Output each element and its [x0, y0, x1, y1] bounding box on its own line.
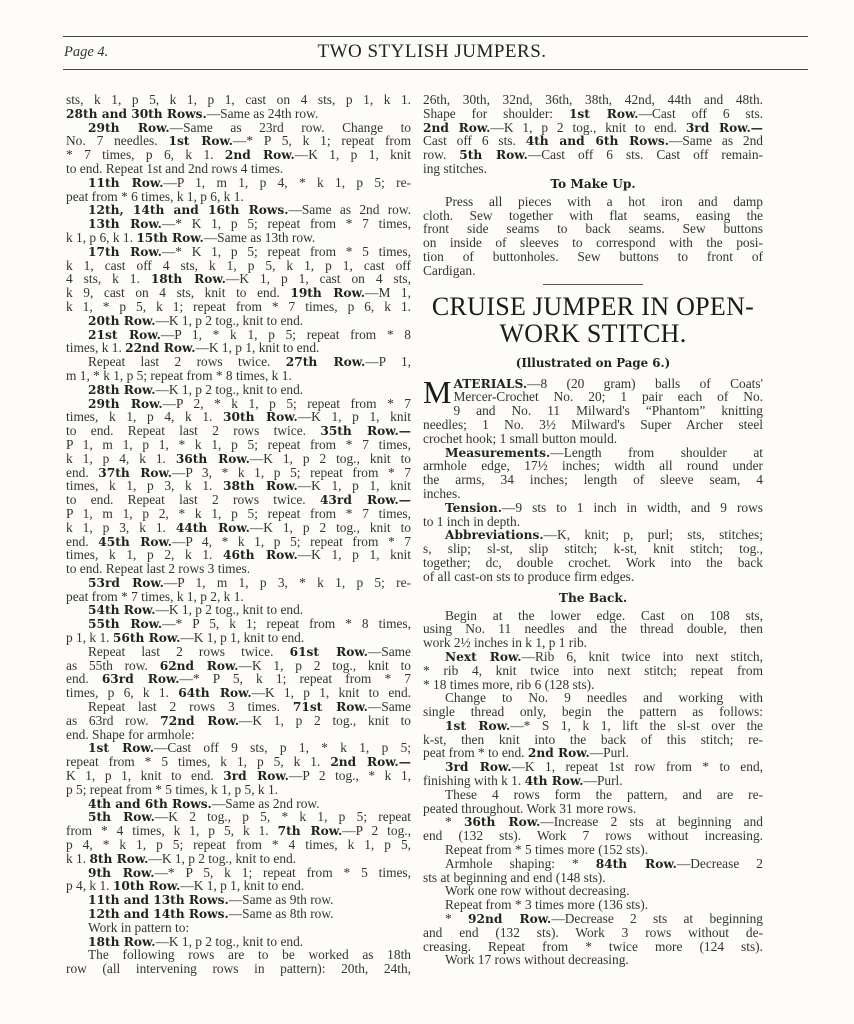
text-line: 21st Row.—P 1, * k 1, p 5; repeat from *…: [66, 328, 411, 342]
row-text: —Cast off 6 sts.: [639, 106, 764, 121]
row-text: Begin at the lower edge. Cast on 108 sts…: [445, 608, 763, 623]
text-line: Repeat from * 5 times more (152 sts).: [423, 843, 763, 857]
text-line: Measurements.—Length from shoulder at: [423, 446, 763, 460]
article-title-line-1: CRUISE JUMPER IN OPEN-: [423, 293, 763, 320]
text-line: 11th Row.—P 1, m 1, p 4, * k 1, p 5; re-: [66, 176, 411, 190]
row-text: —* P 5, k 1; repeat from: [233, 133, 411, 148]
make-up-paragraph: Press all pieces with a hot iron and dam…: [423, 195, 763, 278]
header-rule-bottom: [63, 69, 808, 70]
row-label: 84th Row.: [596, 857, 677, 871]
row-text: 9 and No. 11 Milward's “Phantom” knittin…: [453, 403, 763, 418]
row-text: needles; 1 No. 3½ Milward's Super Archer…: [423, 417, 763, 432]
text-line: p 1, k 1. 56th Row.—K 1, p 1, knit to en…: [66, 631, 411, 645]
row-text: peated throughout. Work 31 more rows.: [423, 801, 636, 816]
row-text: sts, k 1, p 5, k 1, p 1, cast on 4 sts, …: [66, 92, 411, 107]
text-line: Begin at the lower edge. Cast on 108 sts…: [423, 609, 763, 623]
text-line: * 92nd Row.—Decrease 2 sts at beginning: [423, 912, 763, 926]
row-text: —Same as 24th row.: [207, 106, 318, 121]
text-line: finishing with k 1. 4th Row.—Purl.: [423, 774, 763, 788]
text-line: Press all pieces with a hot iron and dam…: [423, 195, 763, 209]
row-text: p 4, * k 1, p 5; repeat from * 4 times, …: [66, 837, 411, 852]
row-text: as 63rd row.: [66, 713, 160, 728]
row-text: p 4, k 1.: [66, 878, 113, 893]
row-label: 28th Row.: [88, 383, 155, 397]
row-text: K 1, p 1, knit to end.: [66, 768, 223, 783]
row-text: creasing. Repeat from * twice more (124 …: [423, 939, 763, 954]
shoulder-continuation: 26th, 30th, 32nd, 36th, 38th, 42nd, 44th…: [423, 93, 763, 176]
row-text: times, k 1, p 3, k 1.: [66, 478, 223, 493]
row-text: —* P 5, k 1; repeat from * 7: [180, 671, 411, 686]
right-column: 26th, 30th, 32nd, 36th, 38th, 42nd, 44th…: [423, 93, 763, 967]
row-label: 27th Row.: [286, 355, 366, 369]
row-text: —9 sts to 1 inch in width, and 9 rows: [502, 500, 763, 515]
article-title-line-2: WORK STITCH.: [423, 320, 763, 347]
text-line: times, k 1. 22nd Row.—K 1, p 1, knit to …: [66, 341, 411, 355]
row-text: —Same as 23rd row. Change to: [170, 120, 411, 135]
row-text: times, k 1, p 4, k 1.: [66, 409, 223, 424]
text-line: to end. Repeat last 2 rows twice. 43rd R…: [66, 493, 411, 507]
text-line: Repeat last 2 rows twice. 61st Row.—Same: [66, 645, 411, 659]
row-text: —Same as 13th row.: [204, 230, 315, 245]
row-text: —P 3, * k 1, p 5; repeat from * 7: [172, 465, 411, 480]
text-line: to end. Repeat last 2 rows twice. 35th R…: [66, 424, 411, 438]
text-line: single thread only, begin the pattern as…: [423, 705, 763, 719]
text-line: end. Shape for armhole:: [66, 728, 411, 742]
text-line: Tension.—9 sts to 1 inch in width, and 9…: [423, 501, 763, 515]
row-text: Work in pattern to:: [88, 920, 189, 935]
text-line: s, slip; sl-st, slip stitch; k-st, knit …: [423, 542, 763, 556]
text-line: 29th Row.—P 2, * k 1, p 5; repeat from *…: [66, 397, 411, 411]
row-text: times, k 1.: [66, 340, 125, 355]
text-line: 17th Row.—* K 1, p 5; repeat from * 5 ti…: [66, 245, 411, 259]
row-text: from * 4 times, k 1, p 5, k 1.: [66, 823, 278, 838]
row-text: —* K 1, p 5; repeat from * 7 times,: [162, 216, 411, 231]
row-text: ing stitches.: [423, 161, 487, 176]
text-line: creasing. Repeat from * twice more (124 …: [423, 940, 763, 954]
text-line: 13th Row.—* K 1, p 5; repeat from * 7 ti…: [66, 217, 411, 231]
row-text: —Same as 2nd row.: [288, 202, 411, 217]
row-text: repeat from * 5 times, k 1, p 5, k 1.: [66, 754, 330, 769]
text-line: tion of buttonholes. Sew buttons to fron…: [423, 250, 763, 264]
row-text: k 1, cast off 4 sts, k 1, p 5, k 1, p 1,…: [66, 258, 411, 273]
row-text: Repeat from * 5 times more (152 sts).: [445, 842, 648, 857]
text-line: 54th Row.—K 1, p 2 tog., knit to end.: [66, 603, 411, 617]
page-title: TWO STYLISH JUMPERS.: [0, 41, 854, 63]
text-line: 20th Row.—K 1, p 2 tog., knit to end.: [66, 314, 411, 328]
text-line: as 63rd row. 72nd Row.—K 1, p 2 tog., kn…: [66, 714, 411, 728]
row-text: P 1, m 1, p 1, * k 1, p 5; repeat from *…: [66, 437, 411, 452]
row-text: —Increase 2 sts at beginning and: [540, 814, 763, 829]
row-text: k 1, p 3, k 1.: [66, 520, 176, 535]
text-line: work 2½ inches in k 1, p 1 rib.: [423, 636, 763, 650]
text-line: * 7 times, p 6, k 1. 2nd Row.—K 1, p 1, …: [66, 148, 411, 162]
text-line: times, p 6, k 1. 64th Row.—K 1, p 1, kni…: [66, 686, 411, 700]
text-line: p 4, k 1. 10th Row.—K 1, p 1, knit to en…: [66, 879, 411, 893]
row-text: the arms, 34 inches; length of sleeve se…: [423, 472, 763, 487]
row-text: —Same as 2nd row.: [212, 796, 320, 811]
row-text: —P 1,: [365, 354, 411, 369]
row-text: using No. 11 needles and the thread doub…: [423, 621, 763, 636]
row-text: —K 1, p 2 tog., knit to end.: [490, 120, 685, 135]
text-line: 11th and 13th Rows.—Same as 9th row.: [66, 893, 411, 907]
text-line: to 1 inch in depth.: [423, 515, 763, 529]
row-text: —K 1, p 2 tog., knit to: [239, 713, 411, 728]
text-line: 53rd Row.—P 1, m 1, p 3, * k 1, p 5; re-: [66, 576, 411, 590]
text-line: p 5; repeat from * 5 times, k 1, p 5, k …: [66, 783, 411, 797]
text-line: Work in pattern to:: [66, 921, 411, 935]
row-text: —Purl.: [584, 773, 623, 788]
materials-text: —8 (20 gram) balls of Coats': [527, 376, 763, 391]
text-line: crochet hook; 1 small button mould.: [423, 432, 763, 446]
row-text: Press all pieces with a hot iron and dam…: [445, 194, 763, 209]
row-text: —K 1, p 1, knit to end.: [180, 630, 304, 645]
text-line: 28th Row.—K 1, p 2 tog., knit to end.: [66, 383, 411, 397]
text-line: front side seams to back seams. Sew butt…: [423, 222, 763, 236]
text-line: inches.: [423, 487, 763, 501]
text-line: k 1, cast off 4 sts, k 1, p 5, k 1, p 1,…: [66, 259, 411, 273]
row-text: —Length from shoulder at: [550, 445, 763, 460]
row-text: —K, knit; p, purl; sts, stitches;: [544, 527, 763, 542]
row-text: —* K 1, p 5; repeat from * 5 times,: [162, 244, 411, 259]
row-text: —P 1, m 1, p 4, * k 1, p 5; re-: [163, 175, 411, 190]
row-text: —Same as 8th row.: [229, 906, 334, 921]
row-text: of all cast-on sts to produce firm edges…: [423, 569, 634, 584]
row-text: Repeat from * 3 times more (136 sts).: [445, 897, 648, 912]
row-text: work 2½ inches in k 1, p 1 rib.: [423, 635, 587, 650]
row-text: —Same: [368, 644, 411, 659]
row-text: —M 1,: [365, 285, 411, 300]
row-text: —K 1, p 2 tog., knit to end.: [155, 382, 303, 397]
text-line: needles; 1 No. 3½ Milward's Super Archer…: [423, 418, 763, 432]
text-line: 18th Row.—K 1, p 2 tog., knit to end.: [66, 935, 411, 949]
row-text: k 1, p 6, k 1.: [66, 230, 136, 245]
row-text: —K 1, p 2 tog., knit to end.: [148, 851, 296, 866]
row-text: * 7 times, p 6, k 1.: [66, 147, 225, 162]
row-text: * 18 times more, rib 6 (128 sts).: [423, 677, 594, 692]
row-label: 8th Row.: [89, 852, 148, 866]
row-text: end.: [66, 534, 98, 549]
row-text: peat from * 6 times, k 1, p 6, k 1.: [66, 189, 244, 204]
row-text: sts at beginning and end (148 sts).: [423, 870, 606, 885]
text-line: k 1. 8th Row.—K 1, p 2 tog., knit to end…: [66, 852, 411, 866]
row-text: —* P 5, k 1; repeat from * 5 times,: [155, 865, 412, 880]
row-text: peat from * to end.: [423, 745, 528, 760]
text-line: No. 7 needles. 1st Row.—* P 5, k 1; repe…: [66, 134, 411, 148]
row-text: crochet hook; 1 small button mould.: [423, 431, 617, 446]
row-text: end (132 sts). Work 7 rows without incre…: [423, 828, 763, 843]
row-label: 54th Row.: [88, 603, 155, 617]
row-text: to 1 inch in depth.: [423, 514, 520, 529]
row-text: —Same: [368, 699, 411, 714]
row-text: *: [445, 911, 468, 926]
illustrated-note: (Illustrated on Page 6.): [423, 357, 763, 371]
text-line: 4 sts, k 1. 18th Row.—K 1, p 1, cast on …: [66, 272, 411, 286]
row-text: —P 2, * k 1, p 5; repeat from * 7: [163, 396, 411, 411]
row-label: 11th and 13th Rows.: [88, 893, 229, 907]
row-text: armhole edge, 17½ inches; width all roun…: [423, 458, 763, 473]
text-line: cloth. Sew together with flat seams, eas…: [423, 209, 763, 223]
row-text: to end. Repeat last 2 rows twice.: [66, 423, 320, 438]
row-text: —K 1, p 2 tog., knit to: [250, 451, 411, 466]
row-text: —Rib 6, knit twice into next stitch,: [522, 649, 763, 664]
row-text: 26th, 30th, 32nd, 36th, 38th, 42nd, 44th…: [423, 92, 763, 107]
text-line: Repeat last 2 rows 3 times. 71st Row.—Sa…: [66, 700, 411, 714]
text-line: sts, k 1, p 5, k 1, p 1, cast on 4 sts, …: [66, 93, 411, 107]
text-line: times, k 1, p 3, k 1. 38th Row.—K 1, p 1…: [66, 479, 411, 493]
row-text: —K 1, repeat 1st row from * to end,: [512, 759, 763, 774]
row-text: single thread only, begin the pattern as…: [423, 704, 763, 719]
text-line: k 9, cast on 4 sts, knit to end. 19th Ro…: [66, 286, 411, 300]
text-line: 9th Row.—* P 5, k 1; repeat from * 5 tim…: [66, 866, 411, 880]
row-text: k 1, p 4, k 1.: [66, 451, 176, 466]
row-text: Shape for shoulder:: [423, 106, 569, 121]
row-text: Work 17 rows without decreasing.: [445, 952, 629, 967]
left-column: sts, k 1, p 5, k 1, p 1, cast on 4 sts, …: [66, 93, 411, 976]
text-line: k 1, * p 5, k 1; repeat from * 7 times, …: [66, 300, 411, 314]
text-line: Next Row.—Rib 6, knit twice into next st…: [423, 650, 763, 664]
text-line: k 1, p 6, k 1. 15th Row.—Same as 13th ro…: [66, 231, 411, 245]
row-text: —K 2 tog., p 5, * k 1, p 5; repeat: [155, 809, 411, 824]
text-line: Repeat last 2 rows twice. 27th Row.—P 1,: [66, 355, 411, 369]
row-text: and end (132 sts). Work 3 rows without d…: [423, 925, 763, 940]
row-text: —P 1, m 1, p 3, * k 1, p 5; re-: [164, 575, 411, 590]
text-line: peat from * 7 times, k 1, p 2, k 1.: [66, 590, 411, 604]
text-line: * 18 times more, rib 6 (128 sts).: [423, 678, 763, 692]
row-text: —K 1, p 1, knit: [295, 147, 411, 162]
materials-line-2: Mercer-Crochet No. 20; 1 pair each of No…: [423, 390, 763, 404]
text-line: 4th and 6th Rows.—Same as 2nd row.: [66, 797, 411, 811]
header-rule-top: [63, 36, 808, 37]
text-line: 2nd Row.—K 1, p 2 tog., knit to end. 3rd…: [423, 121, 763, 135]
text-line: 5th Row.—K 2 tog., p 5, * k 1, p 5; repe…: [66, 810, 411, 824]
text-line: row (all intervening rows in pattern): 2…: [66, 962, 411, 976]
text-line: to end. Repeat last 2 rows 3 times.: [66, 562, 411, 576]
row-text: Change to No. 9 needles and working with: [445, 690, 763, 705]
row-text: cloth. Sew together with flat seams, eas…: [423, 208, 763, 223]
row-text: —Decrease 2: [677, 856, 763, 871]
row-text: tion of buttonholes. Sew buttons to fron…: [423, 249, 763, 264]
text-line: * rib 4, knit twice into next stitch; re…: [423, 664, 763, 678]
text-line: to end. Repeat 1st and 2nd rows 4 times.: [66, 162, 411, 176]
text-line: 55th Row.—* P 5, k 1; repeat from * 8 ti…: [66, 617, 411, 631]
text-line: the arms, 34 inches; length of sleeve se…: [423, 473, 763, 487]
text-line: 29th Row.—Same as 23rd row. Change to: [66, 121, 411, 135]
row-text: —K 1, p 1, cast on 4 sts,: [226, 271, 411, 286]
row-text: Repeat last 2 rows twice.: [88, 354, 286, 369]
text-line: Change to No. 9 needles and working with: [423, 691, 763, 705]
text-line: and end (132 sts). Work 3 rows without d…: [423, 926, 763, 940]
row-text: The following rows are to be worked as 1…: [88, 947, 411, 962]
row-text: —K 1, p 1, knit: [298, 547, 411, 562]
make-up-heading: To Make Up.: [423, 177, 763, 192]
row-text: k 1.: [66, 851, 89, 866]
text-line: times, k 1, p 2, k 1. 46th Row.—K 1, p 1…: [66, 548, 411, 562]
text-line: k 1, p 4, k 1. 36th Row.—K 1, p 2 tog., …: [66, 452, 411, 466]
row-text: —K 1, p 1, knit to end.: [180, 878, 304, 893]
row-text: —P 4, * k 1, p 5; repeat from * 7: [172, 534, 411, 549]
text-line: Shape for shoulder: 1st Row.—Cast off 6 …: [423, 107, 763, 121]
text-line: times, k 1, p 4, k 1. 30th Row.—K 1, p 1…: [66, 410, 411, 424]
text-line: Work one row without decreasing.: [423, 884, 763, 898]
text-line: together; dc, double crochet. Work into …: [423, 556, 763, 570]
text-line: peat from * to end. 2nd Row.—Purl.: [423, 746, 763, 760]
text-line: * 36th Row.—Increase 2 sts at beginning …: [423, 815, 763, 829]
row-text: 4 sts, k 1.: [66, 271, 151, 286]
back-instructions: Begin at the lower edge. Cast on 108 sts…: [423, 609, 763, 968]
text-line: end. 37th Row.—P 3, * k 1, p 5; repeat f…: [66, 466, 411, 480]
row-text: —Same as 2nd: [669, 133, 763, 148]
text-line: ing stitches.: [423, 162, 763, 176]
row-text: front side seams to back seams. Sew butt…: [423, 221, 763, 236]
text-line: 28th and 30th Rows.—Same as 24th row.: [66, 107, 411, 121]
row-text: s, slip; sl-st, slip stitch; k-st, knit …: [423, 541, 763, 556]
row-text: * rib 4, knit twice into next stitch; re…: [423, 663, 763, 678]
text-line: on inside of sleeves to correspond with …: [423, 236, 763, 250]
row-text: p 5; repeat from * 5 times, k 1, p 5, k …: [66, 782, 278, 797]
row-text: times, p 6, k 1.: [66, 685, 178, 700]
row-label: 10th Row.: [113, 879, 180, 893]
text-line: K 1, p 1, knit to end. 3rd Row.—P 2 tog.…: [66, 769, 411, 783]
row-text: No. 7 needles.: [66, 133, 168, 148]
row-label: 20th Row.: [88, 314, 155, 328]
text-line: Work 17 rows without decreasing.: [423, 953, 763, 967]
text-line: 3rd Row.—K 1, repeat 1st row from * to e…: [423, 760, 763, 774]
text-line: m 1, * k 1, p 5; repeat from * 8 times, …: [66, 369, 411, 383]
row-text: k 1, * p 5, k 1; repeat from * 7 times, …: [66, 299, 411, 314]
text-line: repeat from * 5 times, k 1, p 5, k 1. 2n…: [66, 755, 411, 769]
text-line: row. 5th Row.—Cast off 6 sts. Cast off r…: [423, 148, 763, 162]
text-line: 12th, 14th and 16th Rows.—Same as 2nd ro…: [66, 203, 411, 217]
row-text: Cast off 6 sts.: [423, 133, 526, 148]
text-line: peat from * 6 times, k 1, p 6, k 1.: [66, 190, 411, 204]
row-text: —K 1, p 2 tog., knit to: [239, 658, 411, 673]
row-text: —K 1, p 2 tog., knit to end.: [155, 934, 303, 949]
text-line: Armhole shaping: * 84th Row.—Decrease 2: [423, 857, 763, 871]
row-text: end.: [66, 465, 98, 480]
text-line: as 55th row. 62nd Row.—K 1, p 2 tog., kn…: [66, 659, 411, 673]
text-line: 1st Row.—Cast off 9 sts, p 1, * k 1, p 5…: [66, 741, 411, 755]
row-text: —K 1, p 1, knit: [298, 478, 411, 493]
row-text: —K 1, p 2 tog., knit to end.: [155, 313, 303, 328]
row-text: to end. Repeat 1st and 2nd rows 4 times.: [66, 161, 283, 176]
row-text: to end. Repeat last 2 rows twice.: [66, 492, 320, 507]
section-divider: [543, 284, 643, 285]
row-text: *: [445, 814, 464, 829]
row-text: Armhole shaping: *: [445, 856, 596, 871]
specs-paragraphs: 9 and No. 11 Milward's “Phantom” knittin…: [423, 404, 763, 583]
text-line: P 1, m 1, p 2, * k 1, p 5; repeat from *…: [66, 507, 411, 521]
text-line: Cast off 6 sts. 4th and 6th Rows.—Same a…: [423, 134, 763, 148]
row-text: Repeat last 2 rows 3 times.: [88, 699, 293, 714]
text-line: 26th, 30th, 32nd, 36th, 38th, 42nd, 44th…: [423, 93, 763, 107]
row-text: k 9, cast on 4 sts, knit to end.: [66, 285, 290, 300]
row-text: —* P 5, k 1; repeat from * 8 times,: [162, 616, 411, 631]
row-text: k-st, then knit into the back of this st…: [423, 732, 763, 747]
text-line: end. 45th Row.—P 4, * k 1, p 5; repeat f…: [66, 535, 411, 549]
text-line: 1st Row.—* S 1, k 1, lift the sl-st over…: [423, 719, 763, 733]
row-text: p 1, k 1.: [66, 630, 113, 645]
row-text: Work one row without decreasing.: [445, 883, 629, 898]
row-text: Repeat last 2 rows twice.: [88, 644, 290, 659]
row-text: These 4 rows form the pattern, and are r…: [445, 787, 763, 802]
drop-cap: M: [423, 379, 451, 405]
text-line: from * 4 times, k 1, p 5, k 1. 7th Row.—…: [66, 824, 411, 838]
text-line: Cardigan.: [423, 264, 763, 278]
row-text: P 1, m 1, p 2, * k 1, p 5; repeat from *…: [66, 506, 411, 521]
row-text: —K 1, p 1, knit: [298, 409, 411, 424]
text-line: peated throughout. Work 31 more rows.: [423, 802, 763, 816]
row-text: —Decrease 2 sts at beginning: [551, 911, 763, 926]
text-line: These 4 rows form the pattern, and are r…: [423, 788, 763, 802]
row-text: —K 1, p 1, knit to end.: [196, 340, 320, 355]
text-line: P 1, m 1, p 1, * k 1, p 5; repeat from *…: [66, 438, 411, 452]
row-text: as 55th row.: [66, 658, 160, 673]
row-text: —Same as 9th row.: [229, 892, 334, 907]
row-text: to end. Repeat last 2 rows 3 times.: [66, 561, 250, 576]
row-text: —K 1, p 1, knit to end.: [252, 685, 411, 700]
text-line: using No. 11 needles and the thread doub…: [423, 622, 763, 636]
row-text: inches.: [423, 486, 461, 501]
row-text: row.: [423, 147, 459, 162]
row-text: —P 2 tog.,: [342, 823, 411, 838]
row-text: —Cast off 9 sts, p 1, * k 1, p 5;: [154, 740, 411, 755]
row-text: on inside of sleeves to correspond with …: [423, 235, 763, 250]
row-text: —P 2 tog., * k 1,: [289, 768, 411, 783]
row-text: together; dc, double crochet. Work into …: [423, 555, 763, 570]
materials-line-1: ATERIALS.—8 (20 gram) balls of Coats': [423, 377, 763, 391]
text-line: 9 and No. 11 Milward's “Phantom” knittin…: [423, 404, 763, 418]
text-line: end (132 sts). Work 7 rows without incre…: [423, 829, 763, 843]
row-text: —Purl.: [590, 745, 629, 760]
text-line: of all cast-on sts to produce firm edges…: [423, 570, 763, 584]
row-text: peat from * 7 times, k 1, p 2, k 1.: [66, 589, 244, 604]
row-text: m 1, * k 1, p 5; repeat from * 8 times, …: [66, 368, 292, 383]
text-line: Repeat from * 3 times more (136 sts).: [423, 898, 763, 912]
row-text: end.: [66, 671, 102, 686]
row-text: row (all intervening rows in pattern): 2…: [66, 961, 411, 976]
materials-paragraph: M ATERIALS.—8 (20 gram) balls of Coats' …: [423, 377, 763, 405]
text-line: Abbreviations.—K, knit; p, purl; sts, st…: [423, 528, 763, 542]
text-line: armhole edge, 17½ inches; width all roun…: [423, 459, 763, 473]
row-text: —K 1, p 2 tog., knit to: [250, 520, 411, 535]
row-text: —* S 1, k 1, lift the sl-st over the: [510, 718, 763, 733]
text-line: end. 63rd Row.—* P 5, k 1; repeat from *…: [66, 672, 411, 686]
text-line: k 1, p 3, k 1. 44th Row.—K 1, p 2 tog., …: [66, 521, 411, 535]
row-text: end. Shape for armhole:: [66, 727, 195, 742]
row-text: finishing with k 1.: [423, 773, 525, 788]
row-text: times, k 1, p 2, k 1.: [66, 547, 223, 562]
text-line: 12th and 14th Rows.—Same as 8th row.: [66, 907, 411, 921]
row-text: Cardigan.: [423, 263, 475, 278]
row-text: —K 1, p 2 tog., knit to end.: [155, 602, 303, 617]
back-heading: The Back.: [423, 591, 763, 606]
row-text: —P 1, * k 1, p 5; repeat from * 8: [161, 327, 411, 342]
text-line: The following rows are to be worked as 1…: [66, 948, 411, 962]
text-line: p 4, * k 1, p 5; repeat from * 4 times, …: [66, 838, 411, 852]
text-line: k-st, then knit into the back of this st…: [423, 733, 763, 747]
text-line: sts at beginning and end (148 sts).: [423, 871, 763, 885]
row-text: —Cast off 6 sts. Cast off remain-: [528, 147, 763, 162]
